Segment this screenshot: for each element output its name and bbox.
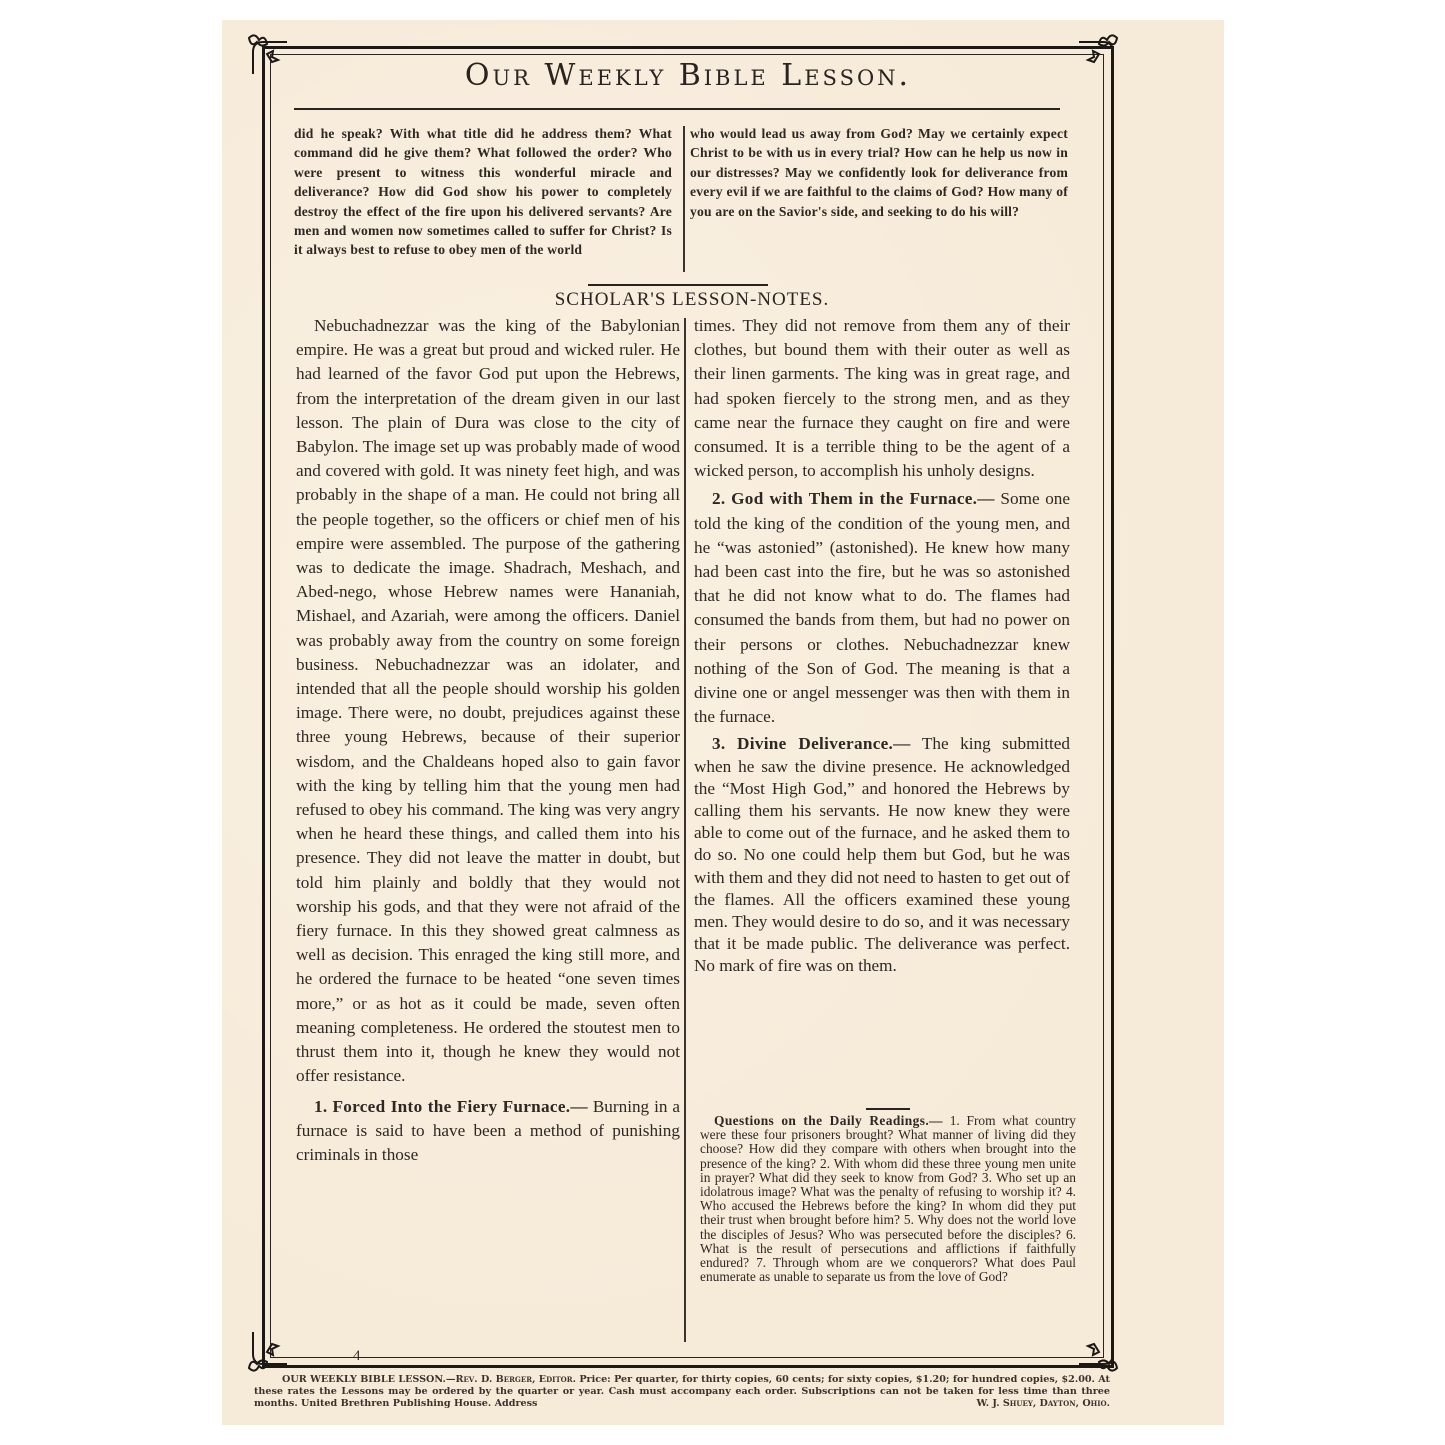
section-2-body: Some one told the king of the condition … — [694, 489, 1070, 726]
section-2-number: 2. — [712, 489, 726, 508]
title-divider — [294, 108, 1060, 110]
ornament-corner-bottom-left-icon — [243, 1330, 289, 1376]
section-3-paragraph: 3. Divine Deliverance.— The king submitt… — [694, 733, 1070, 977]
ornament-corner-bottom-right-icon — [1077, 1330, 1123, 1376]
section-3-number: 3. — [712, 734, 726, 753]
lesson-notes-right-column: times. They did not remove from them any… — [694, 314, 1070, 978]
section-1-heading: Forced Into the Fiery Furnace.— — [332, 1097, 587, 1116]
publisher-footer: OUR WEEKLY BIBLE LESSON.—Rev. D. Berger,… — [254, 1374, 1110, 1409]
section-1-number: 1. — [314, 1097, 328, 1116]
footer-address: W. J. Shuey, Dayton, Ohio. — [948, 1398, 1110, 1410]
section-1-body-right: times. They did not remove from them any… — [694, 314, 1070, 483]
daily-readings-questions: Questions on the Daily Readings.— 1. Fro… — [700, 1114, 1076, 1284]
column-divider-top — [683, 126, 685, 272]
page-number: 4 — [353, 1348, 361, 1365]
column-divider-main — [684, 318, 686, 1342]
section-2-heading: God with Them in the Furnace.— — [731, 489, 995, 508]
questions-continued-right: who would lead us away from God? May we … — [690, 124, 1068, 221]
questions-continued-left: did he speak? With what title did he add… — [294, 124, 672, 260]
intro-paragraph: Nebuchadnezzar was the king of the Babyl… — [296, 314, 680, 1089]
daily-readings-divider — [866, 1108, 910, 1110]
section-title: SCHOLAR'S LESSON-NOTES. — [294, 289, 1090, 311]
section-2-paragraph: 2. God with Them in the Furnace.— Some o… — [694, 487, 1070, 729]
page-title: Our Weekly Bible Lesson. — [270, 58, 1106, 93]
section-3-body: The king submitted when he saw the divin… — [694, 734, 1070, 975]
daily-readings-heading: Questions on the Daily Readings.— — [714, 1113, 943, 1128]
daily-readings-body: 1. From what country were these four pri… — [700, 1113, 1076, 1284]
footer-masthead: OUR WEEKLY BIBLE LESSON. — [282, 1374, 446, 1385]
section-3-heading: Divine Deliverance.— — [737, 734, 911, 753]
footer-editor: —Rev. D. Berger, Editor. — [446, 1374, 576, 1385]
section-1-paragraph: 1. Forced Into the Fiery Furnace.— Burni… — [296, 1095, 680, 1168]
section-divider — [588, 284, 768, 286]
lesson-notes-left-column: Nebuchadnezzar was the king of the Babyl… — [296, 314, 680, 1167]
